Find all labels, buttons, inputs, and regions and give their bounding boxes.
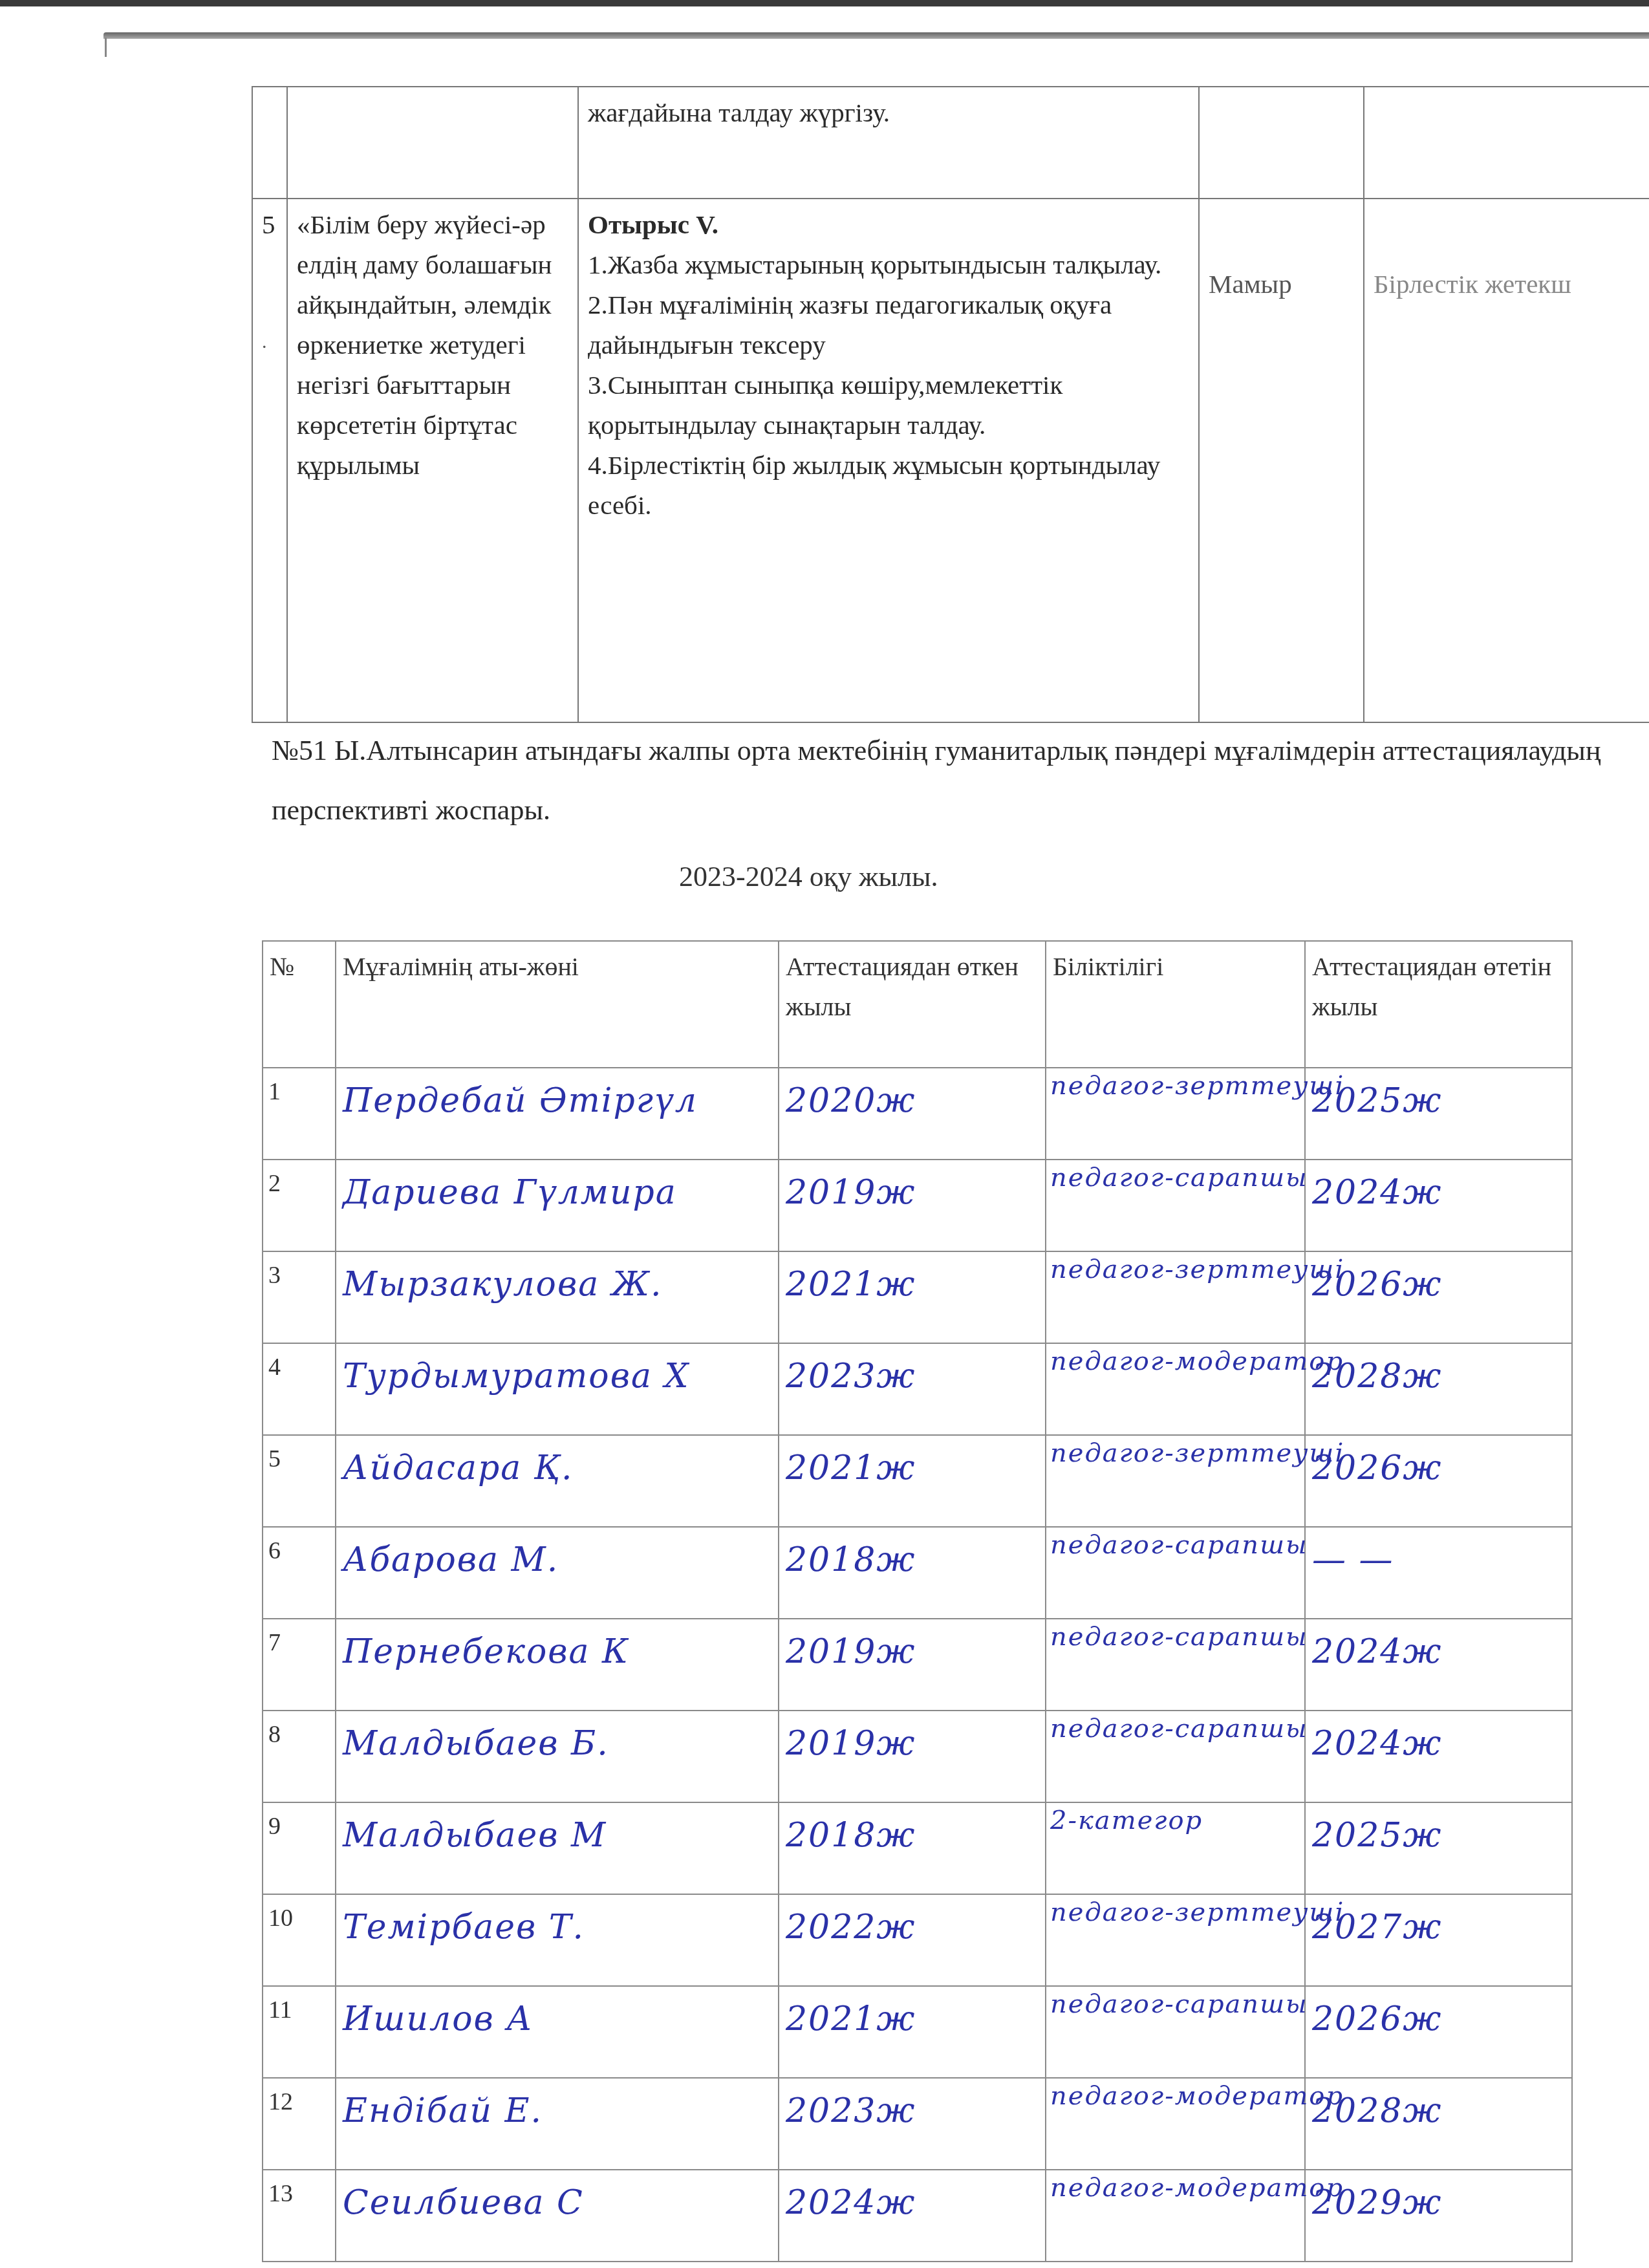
cell-next-year: 2028ж [1305,2078,1572,2170]
cell-qualification: педагог-зерттеуші [1046,1894,1305,1986]
cell-passed-year: 2023ж [779,2078,1046,2170]
cell-next-year: 2026ж [1305,1251,1572,1343]
cell-passed-year: 2020ж [779,1068,1046,1160]
cell-teacher-name: Темірбаев Т. [336,1894,779,1986]
table-row: 11 Ишилов А 2021ж педагог-сарапшы 2026ж [263,1986,1572,2078]
header-next-year: Аттестациядан өтетін жылы [1305,941,1572,1068]
scanner-top-bar [0,0,1649,6]
cell-teacher-name: Ендібай Е. [336,2078,779,2170]
header-passed-year: Аттестациядан өткен жылы [779,941,1046,1068]
cell-num: 5 . [252,199,287,722]
cell-passed-year: 2018ж [779,1527,1046,1619]
table-row: 6 Абарова М. 2018ж педагог-сарапшы — — [263,1527,1572,1619]
agenda-item: 4.Бірлестіктің бір жылдық жұмысын қортын… [588,445,1189,525]
agenda-item: 3.Сыныптан сыныпқа көшіру,мемлекеттік қо… [588,365,1189,445]
session-title: Отырыс V. [588,204,1189,244]
page-edge-shadow [103,32,1649,39]
cell-teacher-name: Малдыбаев Б. [336,1711,779,1802]
cell-qualification: педагог-зерттеуші [1046,1435,1305,1527]
cell-teacher-name: Абарова М. [336,1527,779,1619]
header-num: № [263,941,336,1068]
cell-next-year: 2026ж [1305,1986,1572,2078]
cell-num: 6 [263,1527,336,1619]
cell-passed-year: 2022ж [779,1894,1046,1986]
cell-month: Мамыр [1199,199,1364,722]
cell-topic [287,87,578,199]
cell-passed-year: 2023ж [779,1343,1046,1435]
table-row: 10 Темірбаев Т. 2022ж педагог-зерттеуші … [263,1894,1572,1986]
cell-passed-year: 2019ж [779,1160,1046,1251]
table-row: 2 Дариева Гүлмира 2019ж педагог-сарапшы … [263,1160,1572,1251]
table-row: 4 Турдымуратова Х 2023ж педагог-модерато… [263,1343,1572,1435]
cell-teacher-name: Дариева Гүлмира [336,1160,779,1251]
cell-passed-year: 2021ж [779,1251,1046,1343]
header-name: Мұғалімнің аты-жөні [336,941,779,1068]
cell-num: 3 [263,1251,336,1343]
cell-teacher-name: Ишилов А [336,1986,779,2078]
cell-num: 1 [263,1068,336,1160]
cell-teacher-name: Айдасара Қ. [336,1435,779,1527]
cell-qualification: педагог-сарапшы [1046,1619,1305,1711]
table-header-row: № Мұғалімнің аты-жөні Аттестациядан өтке… [263,941,1572,1068]
cell-num: 9 [263,1802,336,1894]
cell-num: 8 [263,1711,336,1802]
cell-passed-year: 2019ж [779,1619,1046,1711]
attestation-table: № Мұғалімнің аты-жөні Аттестациядан өтке… [262,940,1573,2262]
cell-next-year: 2029ж [1305,2170,1572,2262]
cell-qualification: педагог-сарапшы [1046,1711,1305,1802]
cell-next-year: 2027ж [1305,1894,1572,1986]
cell-qualification: педагог-модератор [1046,2170,1305,2262]
table-row: жағдайына талдау жүргізу. [252,87,1649,199]
cell-num: 10 [263,1894,336,1986]
cell-teacher-name: Мырзакулова Ж. [336,1251,779,1343]
cell-num: 5 [263,1435,336,1527]
cell-next-year: 2025ж [1305,1802,1572,1894]
cell-teacher-name: Пердебай Әтіргүл [336,1068,779,1160]
table-row: 5 . «Білім беру жүйесі-әр елдің даму бол… [252,199,1649,722]
cell-topic: «Білім беру жүйесі-әр елдің даму болашағ… [287,199,578,722]
table-row: 1 Пердебай Әтіргүл 2020ж педагог-зерттеу… [263,1068,1572,1160]
cell-responsible [1364,87,1649,199]
cell-teacher-name: Пернебекова К [336,1619,779,1711]
agenda-item: 1.Жазба жұмыстарының қорытындысын талқыл… [588,244,1189,285]
table-row: 9 Малдыбаев М 2018ж 2-категор 2025ж [263,1802,1572,1894]
row-marker: . [262,322,277,362]
cell-next-year: 2025ж [1305,1068,1572,1160]
cell-passed-year: 2018ж [779,1802,1046,1894]
header-qualification: Біліктілігі [1046,941,1305,1068]
cell-num: 7 [263,1619,336,1711]
work-plan-table: жағдайына талдау жүргізу. 5 . «Білім бер… [252,86,1649,723]
table-row: 3 Мырзакулова Ж. 2021ж педагог-зерттеуші… [263,1251,1572,1343]
cell-teacher-name: Турдымуратова Х [336,1343,779,1435]
cell-next-year: 2024ж [1305,1711,1572,1802]
cell-responsible: Бірлестік жетекш [1364,199,1649,722]
cell-num: 2 [263,1160,336,1251]
cell-num: 12 [263,2078,336,2170]
cell-num: 13 [263,2170,336,2262]
cell-next-year: 2024ж [1305,1160,1572,1251]
document-title: №51 Ы.Алтынсарин атындағы жалпы орта мек… [272,721,1630,840]
cell-qualification: педагог-сарапшы [1046,1160,1305,1251]
cell-teacher-name: Сеилбиева С [336,2170,779,2262]
cell-passed-year: 2021ж [779,1435,1046,1527]
table-row: 5 Айдасара Қ. 2021ж педагог-зерттеуші 20… [263,1435,1572,1527]
page-edge-corner [105,38,107,57]
cell-passed-year: 2024ж [779,2170,1046,2262]
table-row: 13 Сеилбиева С 2024ж педагог-модератор 2… [263,2170,1572,2262]
cell-teacher-name: Малдыбаев М [336,1802,779,1894]
agenda-item: 2.Пән мұғалімінің жазғы педагогикалық оқ… [588,285,1189,365]
table-row: 12 Ендібай Е. 2023ж педагог-модератор 20… [263,2078,1572,2170]
academic-year: 2023-2024 оқу жылы. [679,860,938,893]
cell-qualification: педагог-зерттеуші [1046,1068,1305,1160]
cell-next-year: 2024ж [1305,1619,1572,1711]
cell-passed-year: 2021ж [779,1986,1046,2078]
cell-content: жағдайына талдау жүргізу. [578,87,1199,199]
row-number: 5 [262,210,275,239]
cell-qualification: педагог-сарапшы [1046,1527,1305,1619]
cell-qualification: педагог-сарапшы [1046,1986,1305,2078]
cell-qualification: педагог-зерттеуші [1046,1251,1305,1343]
table-row: 8 Малдыбаев Б. 2019ж педагог-сарапшы 202… [263,1711,1572,1802]
cell-num: 11 [263,1986,336,2078]
cell-qualification: педагог-модератор [1046,1343,1305,1435]
cell-content: Отырыс V. 1.Жазба жұмыстарының қорытынды… [578,199,1199,722]
table-row: 7 Пернебекова К 2019ж педагог-сарапшы 20… [263,1619,1572,1711]
cell-next-year: — — [1305,1527,1572,1619]
cell-qualification: педагог-модератор [1046,2078,1305,2170]
cell-num: 4 [263,1343,336,1435]
cell-next-year: 2028ж [1305,1343,1572,1435]
cell-passed-year: 2019ж [779,1711,1046,1802]
cell-next-year: 2026ж [1305,1435,1572,1527]
cell-num [252,87,287,199]
cell-qualification: 2-категор [1046,1802,1305,1894]
cell-month [1199,87,1364,199]
